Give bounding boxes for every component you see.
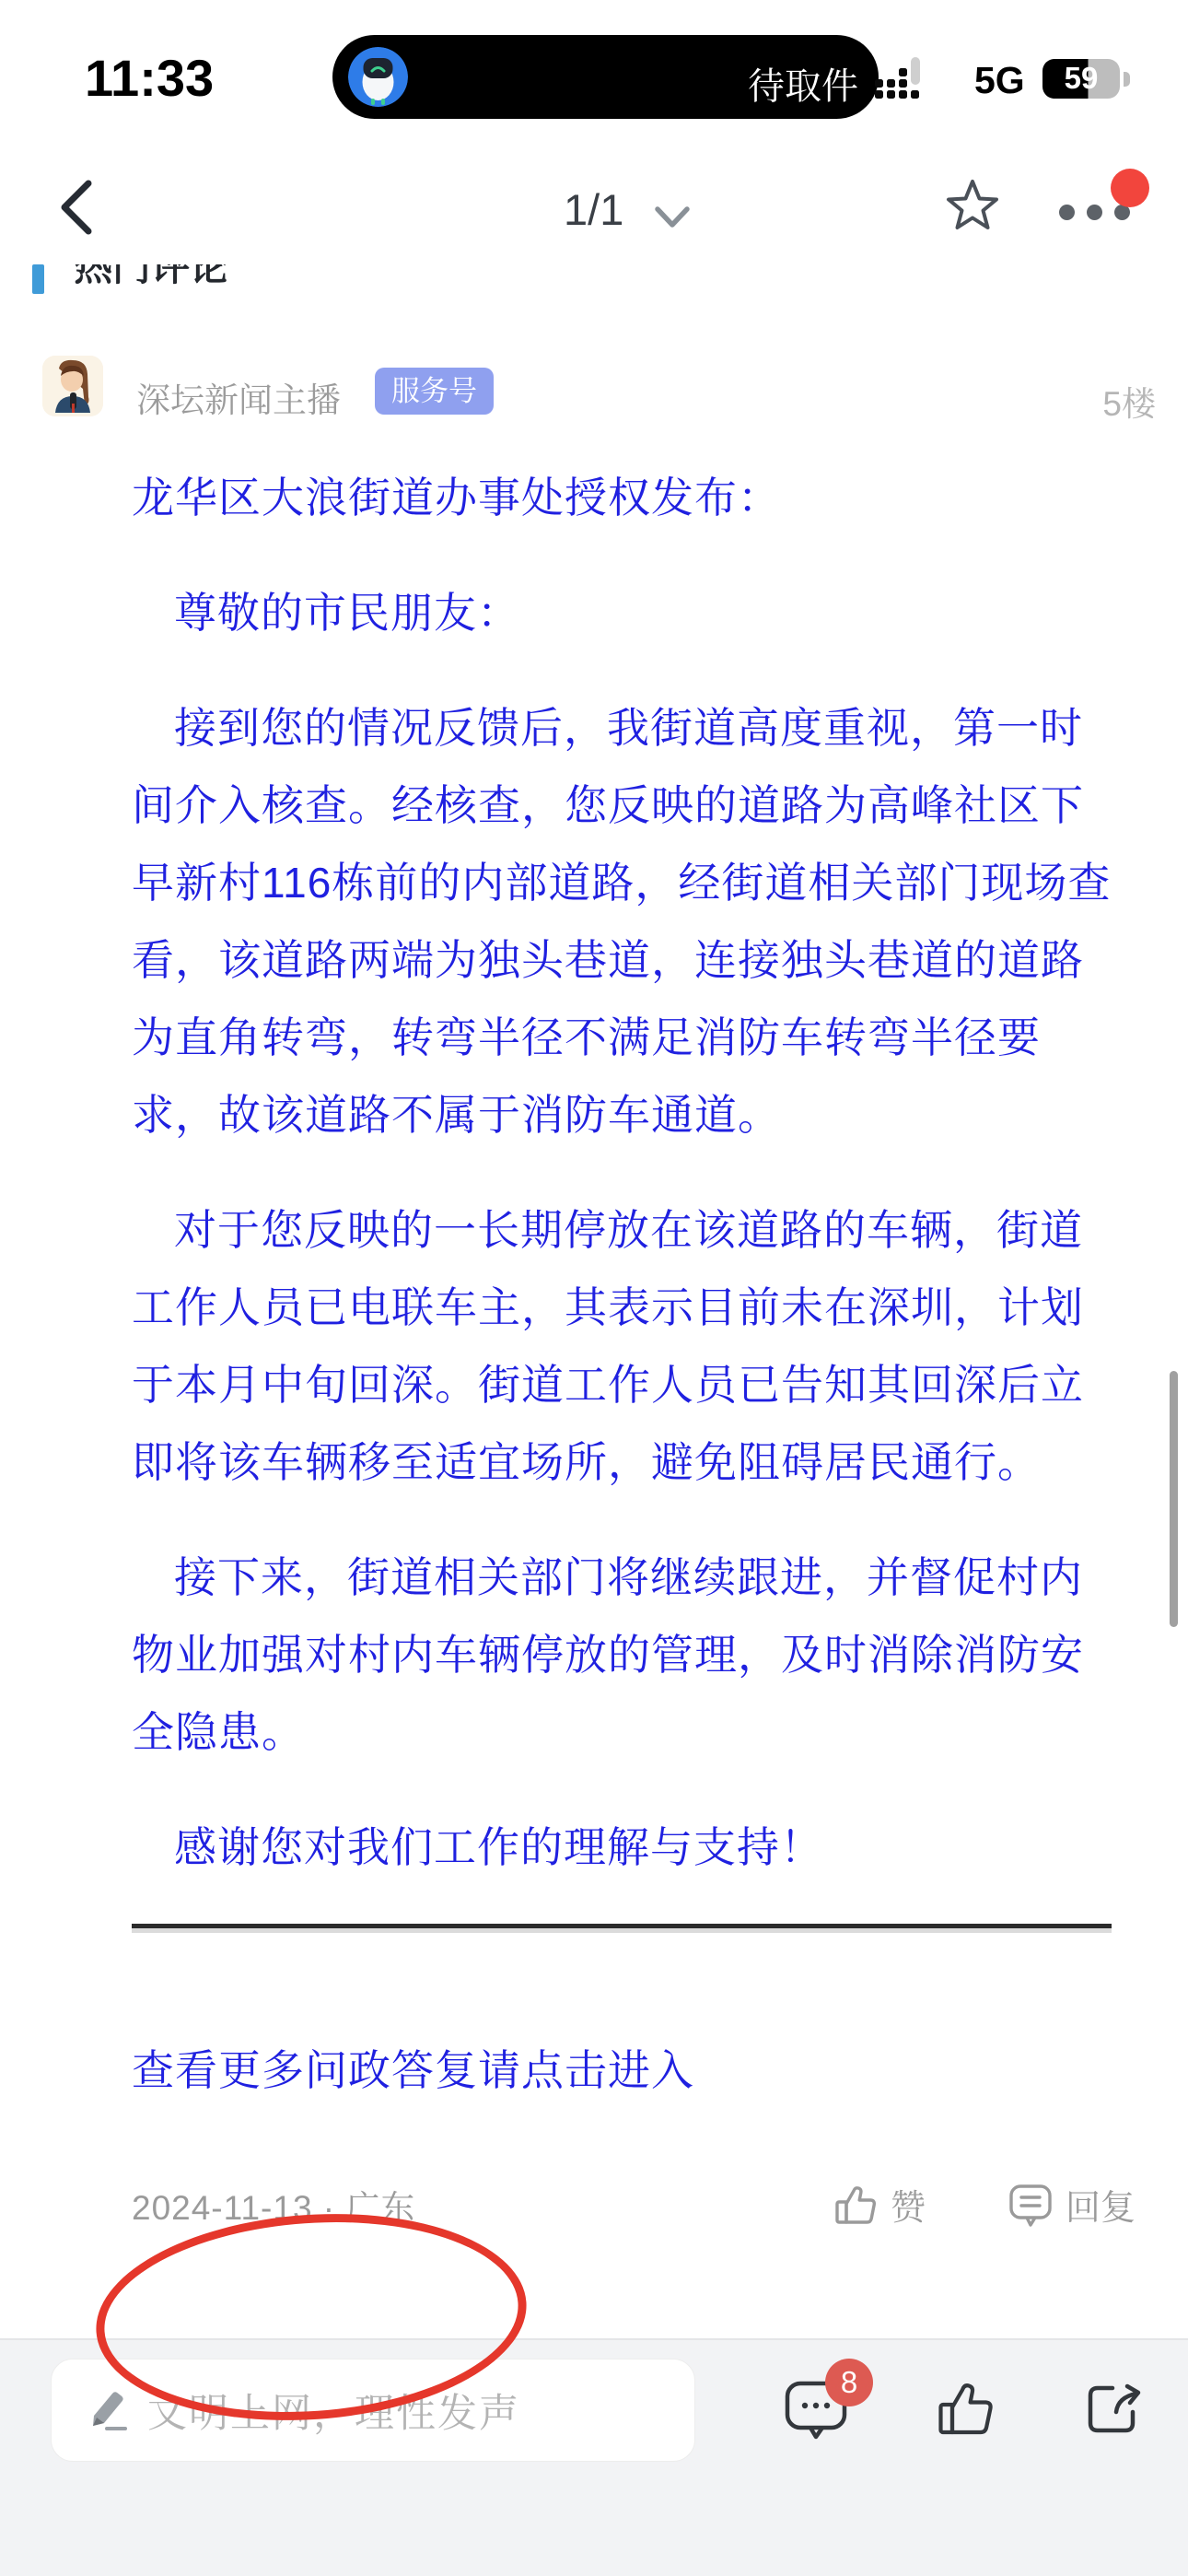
reply-button[interactable]: 回复: [1008, 2179, 1136, 2230]
like-label: 赞: [891, 2179, 926, 2230]
page-indicator[interactable]: 1/1: [564, 184, 623, 235]
post-body: 龙华区大浪街道办事处授权发布： 尊敬的市民朋友： 接到您的情况反馈后，我街道高度…: [132, 459, 1115, 2230]
scrollbar[interactable]: [1170, 1371, 1178, 1627]
comment-input[interactable]: 文明上网，理性发声: [51, 2359, 695, 2462]
network-type: 5G: [974, 59, 1025, 102]
status-time: 11:33: [85, 48, 214, 108]
post-paragraph: 尊敬的市民朋友：: [132, 574, 1115, 651]
battery-icon: 59: [1042, 59, 1120, 99]
screen: 11:33 待取件 5G 59: [0, 0, 1188, 2576]
section-header-hot-comments: 热门评论: [32, 264, 228, 294]
post-paragraph: 接到您的情况反馈后，我街道高度重视，第一时间介入核查。经核查，您反映的道路为高峰…: [132, 689, 1115, 1153]
dynamic-island[interactable]: 待取件: [332, 35, 879, 119]
favorite-star-icon[interactable]: [943, 177, 1002, 236]
notification-dot: [1111, 169, 1149, 207]
ellipsis-dot: [1087, 205, 1102, 220]
island-status-text: 待取件: [748, 57, 858, 110]
reply-label: 回复: [1066, 2179, 1136, 2230]
comment-placeholder: 文明上网，理性发声: [147, 2383, 520, 2439]
news-app-mascot-icon: [348, 47, 408, 107]
battery-cap: [1124, 72, 1130, 87]
ellipsis-dot: [1059, 205, 1075, 220]
post-date: 2024-11-13 · 广东: [132, 2180, 415, 2230]
chevron-down-icon[interactable]: [652, 205, 693, 235]
cellular-signal-icon: [875, 57, 926, 104]
like-button[interactable]: 赞: [835, 2179, 926, 2230]
thumbs-up-icon: [835, 2184, 878, 2226]
divider-line: [132, 1924, 1112, 1928]
floor-number: 5楼: [1102, 376, 1156, 426]
avatar[interactable]: [42, 356, 103, 416]
reply-bubble-icon: [1008, 2183, 1053, 2227]
bottom-toolbar: 文明上网，理性发声: [0, 2338, 1188, 2576]
section-accent-bar: [32, 264, 44, 294]
post-paragraph: 龙华区大浪街道办事处授权发布：: [132, 459, 1115, 536]
author-name[interactable]: 深坛新闻主播: [136, 372, 341, 422]
post-paragraph: 对于您反映的一长期停放在该道路的车辆，街道工作人员已电联车主，其表示目前未在深圳…: [132, 1191, 1115, 1501]
post-paragraph: 感谢您对我们工作的理解与支持！: [132, 1809, 1115, 1886]
more-replies-link[interactable]: 查看更多问政答复请点击进入: [132, 2037, 1115, 2098]
back-button[interactable]: [53, 177, 101, 238]
battery-percent: 59: [1042, 61, 1120, 96]
section-header-label: 热门评论: [74, 264, 228, 287]
post-paragraph: 接下来，街道相关部门将继续跟进，并督促村内物业加强对村内车辆停放的管理，及时消除…: [132, 1539, 1115, 1771]
pencil-icon: [88, 2388, 129, 2432]
like-toolbar-button[interactable]: [938, 2381, 996, 2442]
share-button[interactable]: [1085, 2381, 1146, 2441]
service-account-badge: 服务号: [375, 368, 494, 415]
comment-count-badge: 8: [825, 2359, 873, 2406]
